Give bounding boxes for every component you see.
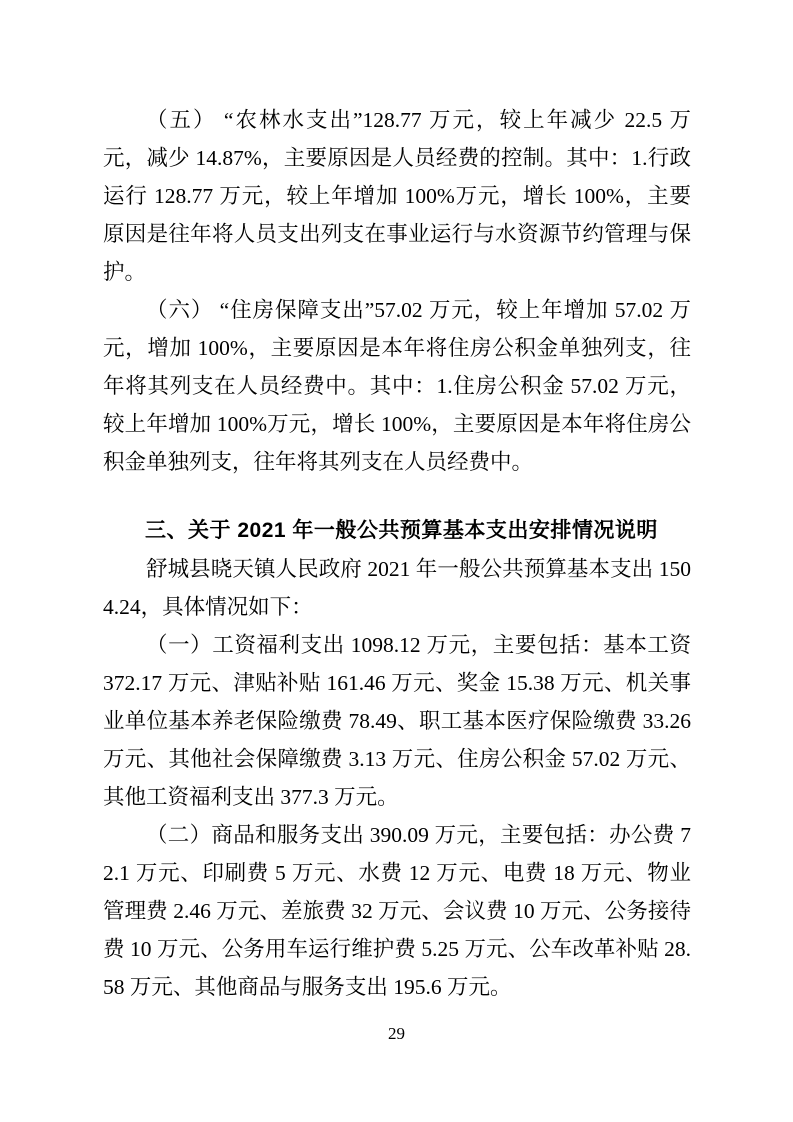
paragraph-intro: 舒城县晓天镇人民政府 2021 年一般公共预算基本支出 1504.24，具体情况… [103,550,691,626]
paragraph-item-six: （六） “住房保障支出”57.02 万元，较上年增加 57.02 万元，增加 1… [103,291,691,481]
page-number: 29 [0,1024,793,1044]
document-body: （五） “农林水支出”128.77 万元，较上年减少 22.5 万元，减少 14… [103,101,691,1006]
paragraph-item-two: （二）商品和服务支出 390.09 万元，主要包括：办公费 72.1 万元、印刷… [103,816,691,1006]
paragraph-item-one: （一）工资福利支出 1098.12 万元，主要包括：基本工资 372.17 万元… [103,626,691,816]
document-page: （五） “农林水支出”128.77 万元，较上年减少 22.5 万元，减少 14… [0,0,793,1122]
section-heading: 三、关于 2021 年一般公共预算基本支出安排情况说明 [103,512,691,550]
paragraph-item-five: （五） “农林水支出”128.77 万元，较上年减少 22.5 万元，减少 14… [103,101,691,291]
